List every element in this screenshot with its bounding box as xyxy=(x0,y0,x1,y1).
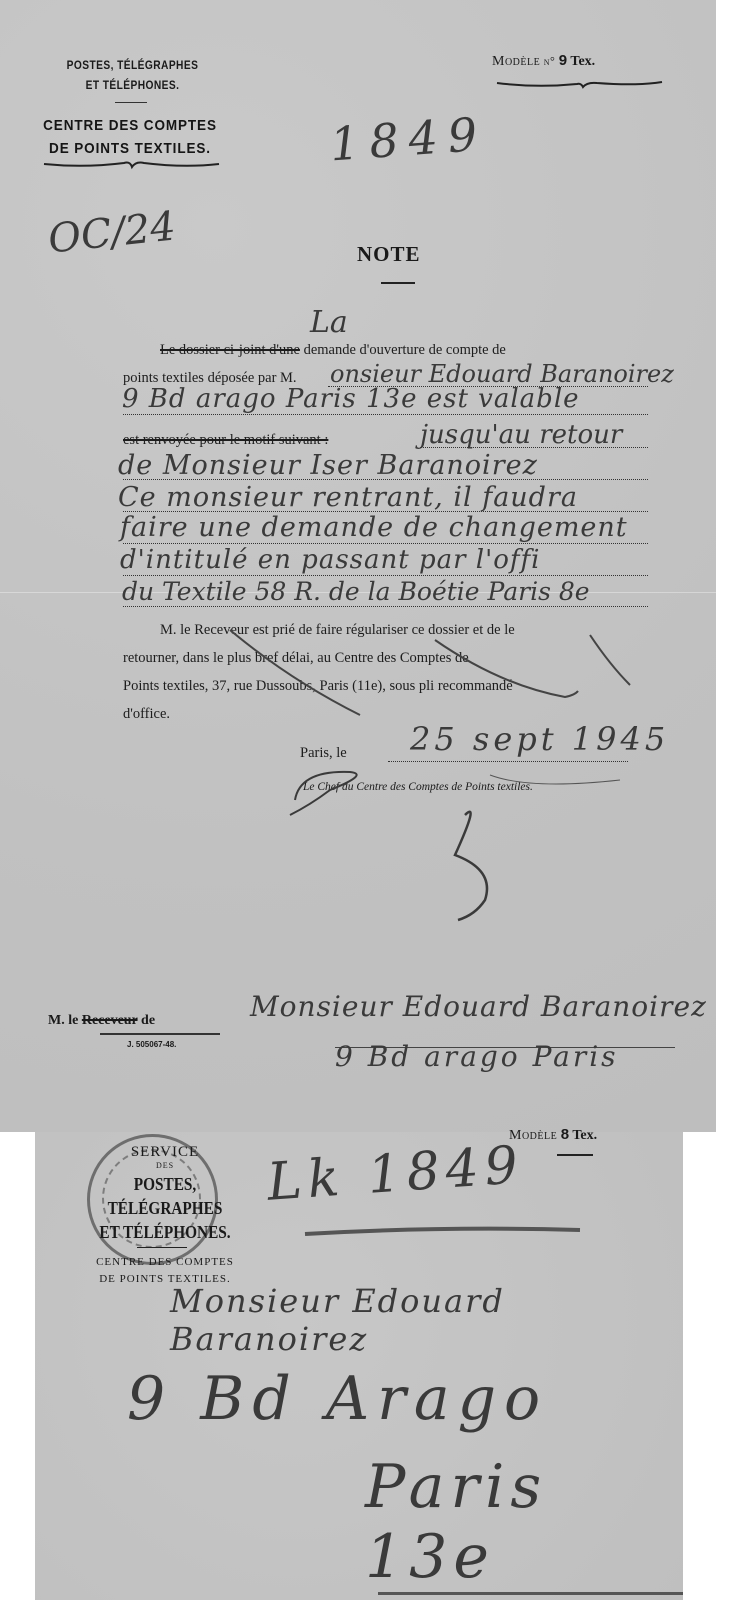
handwritten-reason-6: du Textile 58 R. de la Boétie Paris 8e xyxy=(122,577,590,606)
recipient-label-prefix: M. le xyxy=(48,1013,78,1028)
recipient-label-suffix: de xyxy=(141,1013,155,1028)
model-swash-ornament xyxy=(497,80,662,90)
dept-line-1: CENTRE DES COMPTES xyxy=(40,114,220,137)
model-number-value: 8 xyxy=(561,1126,569,1143)
handwritten-address: 9 Bd arago Paris 13e est valable xyxy=(122,384,580,414)
model-number: Modèle 8 Tex. xyxy=(509,1126,597,1144)
struck-text: Le dossier ci-joint d'une xyxy=(160,342,300,358)
dept-line-2: DE POINTS TEXTILES. xyxy=(40,137,220,160)
fill-line xyxy=(123,543,648,544)
recipient-rule xyxy=(100,1033,220,1035)
model-number-value: 9 xyxy=(559,52,567,69)
dept-header: CENTRE DES COMPTES DE POINTS TEXTILES. xyxy=(40,114,220,160)
org-line-2: ET TÉLÉPHONES. xyxy=(54,75,211,95)
handwritten-reason-4: faire une demande de changement xyxy=(120,512,628,543)
header-rule xyxy=(137,1247,187,1248)
handwritten-reason-2: de Monsieur Iser Baranoirez xyxy=(118,450,538,481)
signature xyxy=(290,760,630,920)
org-line-2: ET TÉLÉPHONES. xyxy=(80,1220,250,1244)
org-line-1: POSTES, TÉLÉGRAPHES xyxy=(54,55,211,75)
handwritten-ref-code: OC/24 xyxy=(46,203,178,262)
title-rule xyxy=(381,282,415,284)
struck-reason-label: est renvoyée pour le motif suivant : xyxy=(123,432,328,449)
org-line-1: POSTES, TÉLÉGRAPHES xyxy=(80,1172,250,1220)
fill-line xyxy=(123,414,648,415)
check-strokes xyxy=(200,625,660,720)
handwritten-reason-3: Ce monsieur rentrant, il faudra xyxy=(118,482,578,513)
recipient-label: M. le Receveur de xyxy=(48,1013,155,1029)
model-number: Modèle n° 9 Tex. xyxy=(492,52,595,70)
address-street: 9 Bd Arago xyxy=(127,1364,548,1434)
envelope-header: SERVICE DES POSTES, TÉLÉGRAPHES ET TÉLÉP… xyxy=(65,1144,265,1244)
handwritten-recipient-name: Monsieur Edouard Baranoirez xyxy=(250,990,707,1023)
recipient-label-struck: Receveur xyxy=(82,1013,138,1028)
body-line-1: Le dossier ci-joint d'une demande d'ouve… xyxy=(160,342,506,359)
model-label: Modèle xyxy=(492,54,540,69)
envelope-form-sheet: SERVICE DES POSTES, TÉLÉGRAPHES ET TÉLÉP… xyxy=(35,1132,683,1600)
ref-underline xyxy=(305,1222,585,1242)
handwritten-ref-number: 1849 xyxy=(328,107,488,172)
handwritten-reason-5: d'intitulé en passant par l'offi xyxy=(120,545,540,575)
printed-text: demande d'ouverture de compte de xyxy=(304,342,506,358)
header-rule xyxy=(115,102,147,103)
handwritten-recipient-address: 9 Bd arago Paris xyxy=(335,1040,619,1073)
address-city: Paris 13e xyxy=(365,1452,683,1592)
dept-line-1: CENTRE DES COMPTES xyxy=(70,1254,260,1271)
model-suffix: Tex. xyxy=(572,1128,597,1143)
service-label: SERVICE xyxy=(65,1144,265,1160)
header-swash-ornament xyxy=(44,160,219,170)
address-rule xyxy=(378,1592,683,1595)
model-suffix: Tex. xyxy=(570,54,595,69)
instructions-line-4: d'office. xyxy=(123,706,170,723)
print-code: J. 505067-48. xyxy=(127,1040,176,1049)
page-title: NOTE xyxy=(357,242,421,267)
note-form-sheet: POSTES, TÉLÉGRAPHES ET TÉLÉPHONES. CENTR… xyxy=(0,0,716,1132)
fill-line xyxy=(123,575,648,576)
address-name: Monsieur Edouard Baranoirez xyxy=(170,1282,683,1358)
fill-line xyxy=(123,606,648,607)
handwritten-ref: Lk 1849 xyxy=(265,1135,525,1213)
des-label: DES xyxy=(65,1160,265,1172)
handwritten-correction: La xyxy=(310,305,348,340)
model-rule xyxy=(557,1154,593,1156)
org-header: POSTES, TÉLÉGRAPHES ET TÉLÉPHONES. xyxy=(54,55,211,95)
handwritten-date: 25 sept 1945 xyxy=(410,720,669,758)
model-number-prefix: n° xyxy=(544,54,556,68)
handwritten-reason-1: jusqu'au retour xyxy=(420,420,622,450)
